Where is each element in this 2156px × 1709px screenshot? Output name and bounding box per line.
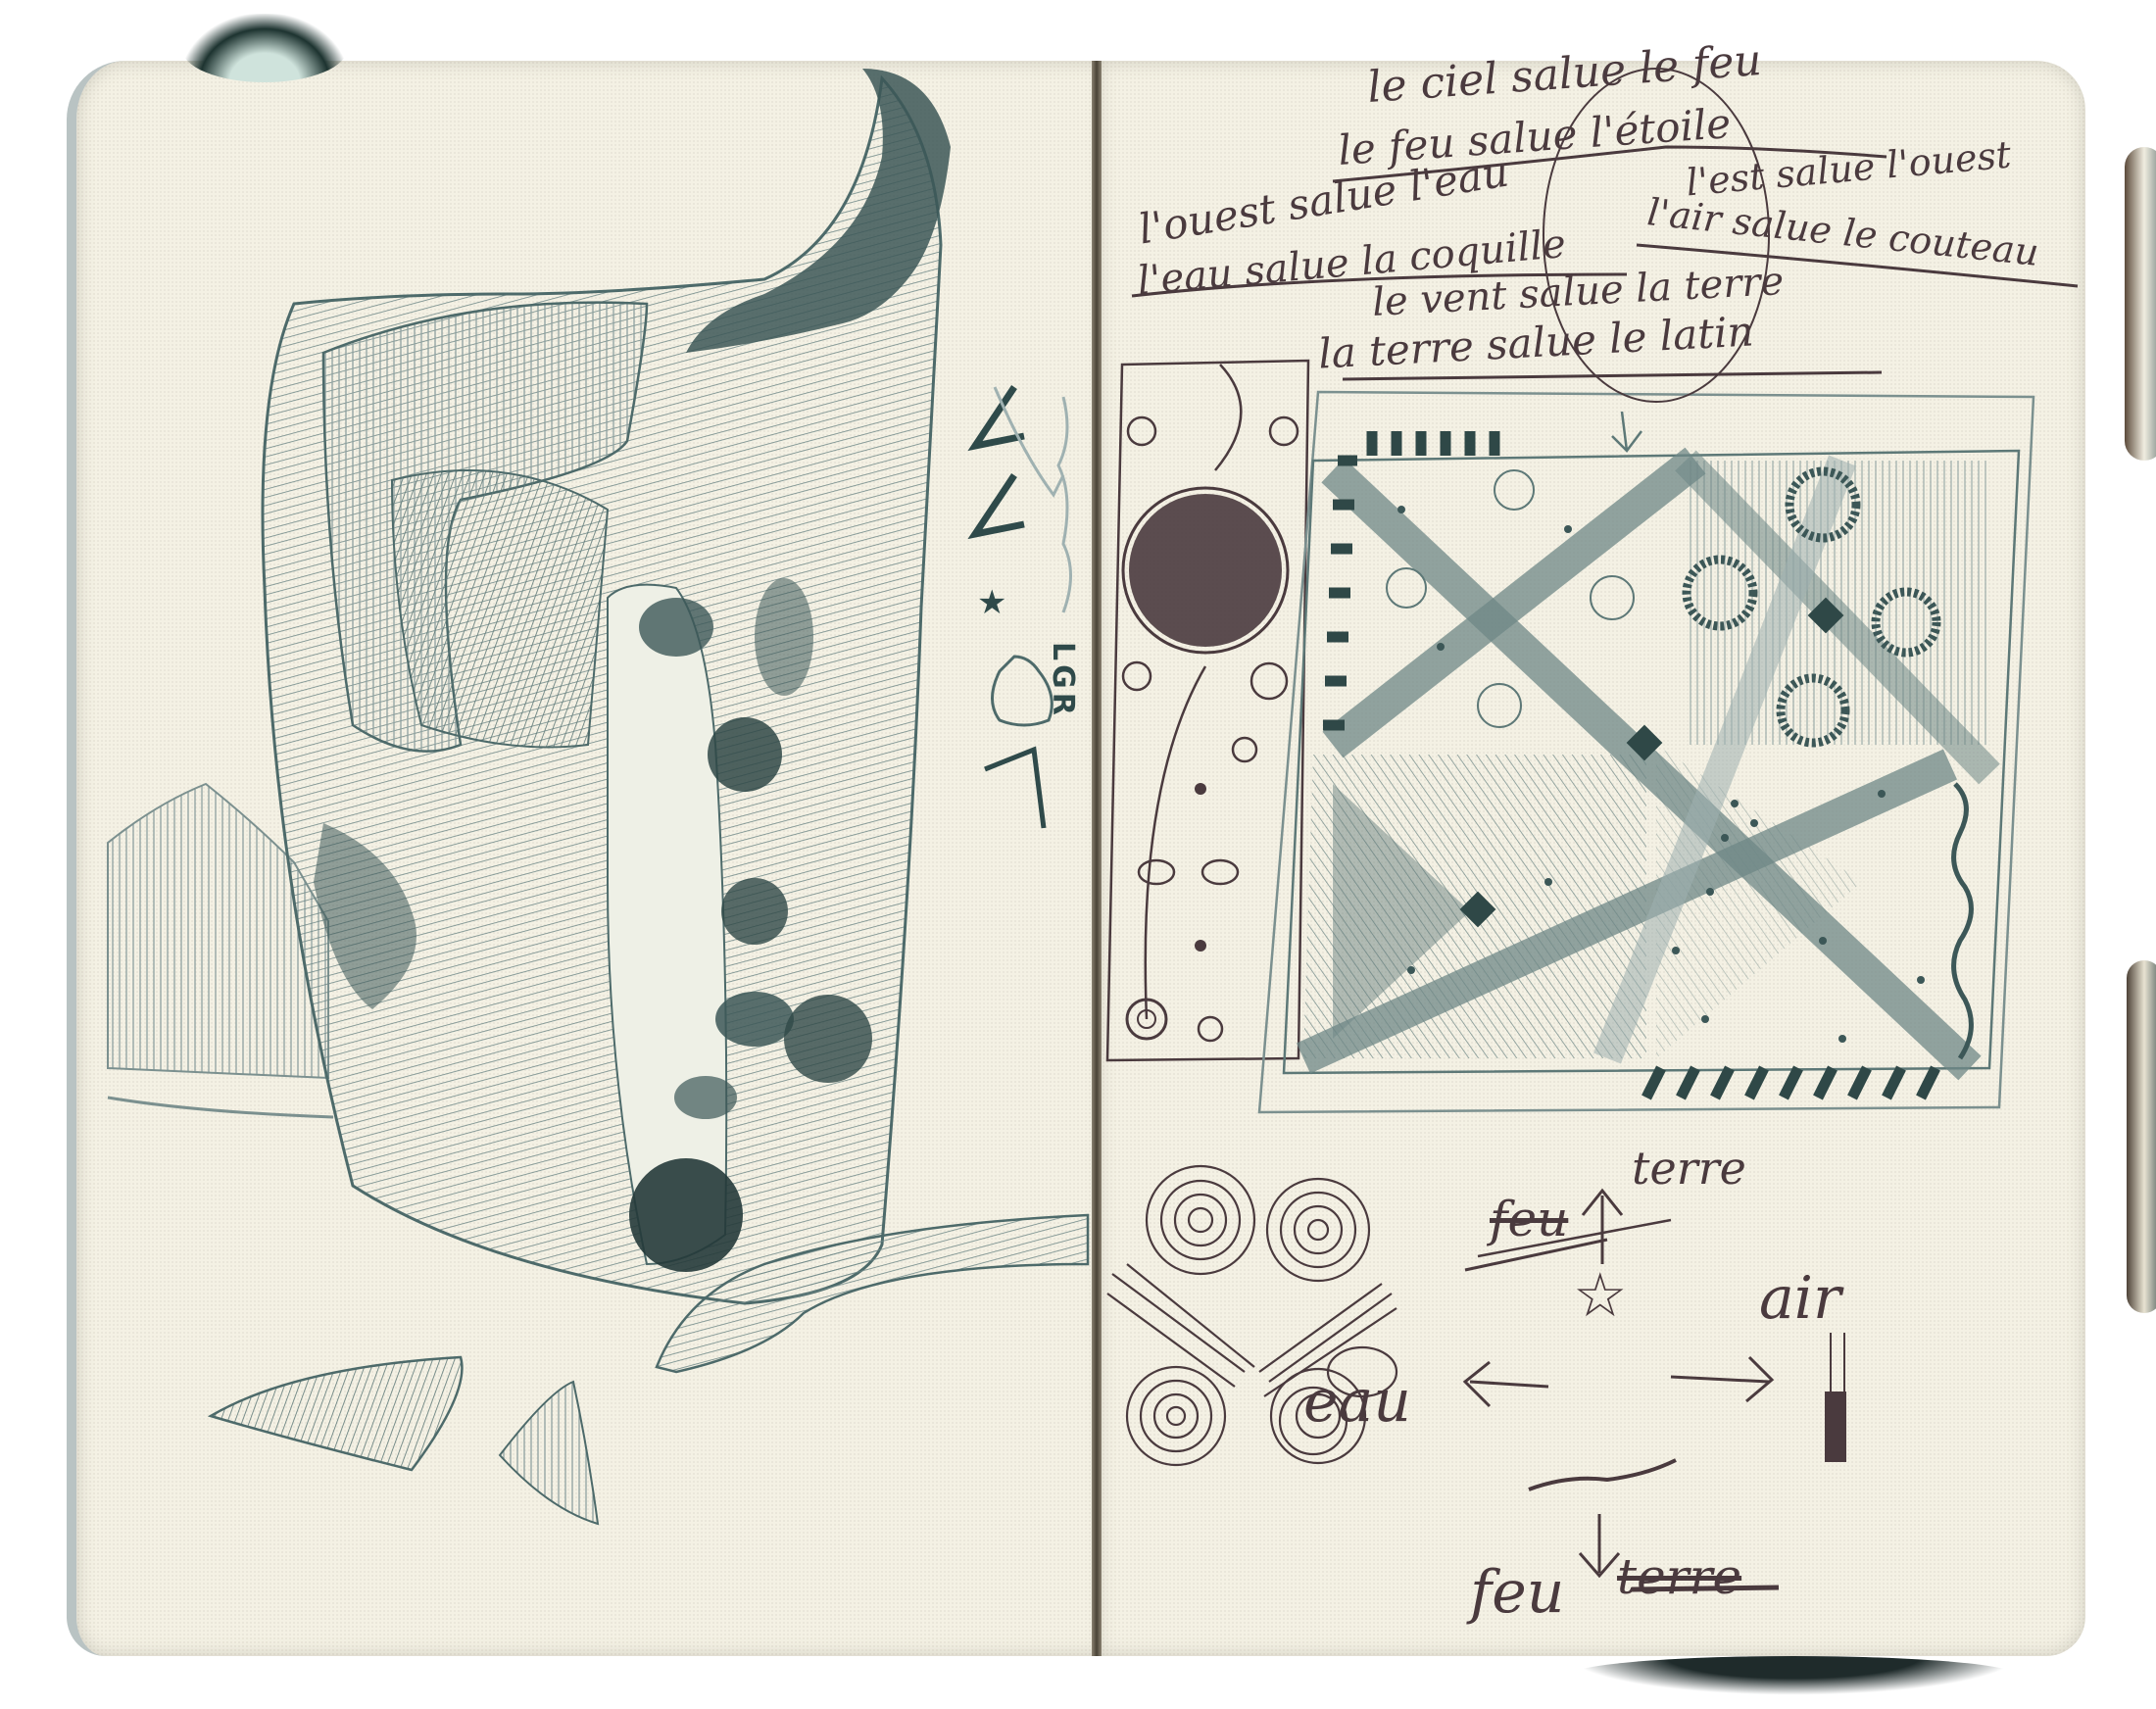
label-left: eau bbox=[1303, 1367, 1411, 1436]
candle-mark bbox=[1825, 1392, 1846, 1462]
pattern-panel bbox=[1259, 392, 2033, 1112]
label-right: air bbox=[1759, 1264, 1841, 1333]
side-strip bbox=[1107, 361, 1308, 1060]
right-page-drawing bbox=[0, 0, 2156, 1709]
label-struck: feu bbox=[1490, 1191, 1568, 1247]
label-bottom-struck: terre bbox=[1617, 1548, 1741, 1605]
label-top: terre bbox=[1632, 1142, 1746, 1195]
diagram-arrows bbox=[1465, 1191, 1772, 1576]
center-star-icon: ☆ bbox=[1573, 1259, 1628, 1331]
label-bottom: feu bbox=[1470, 1558, 1564, 1627]
